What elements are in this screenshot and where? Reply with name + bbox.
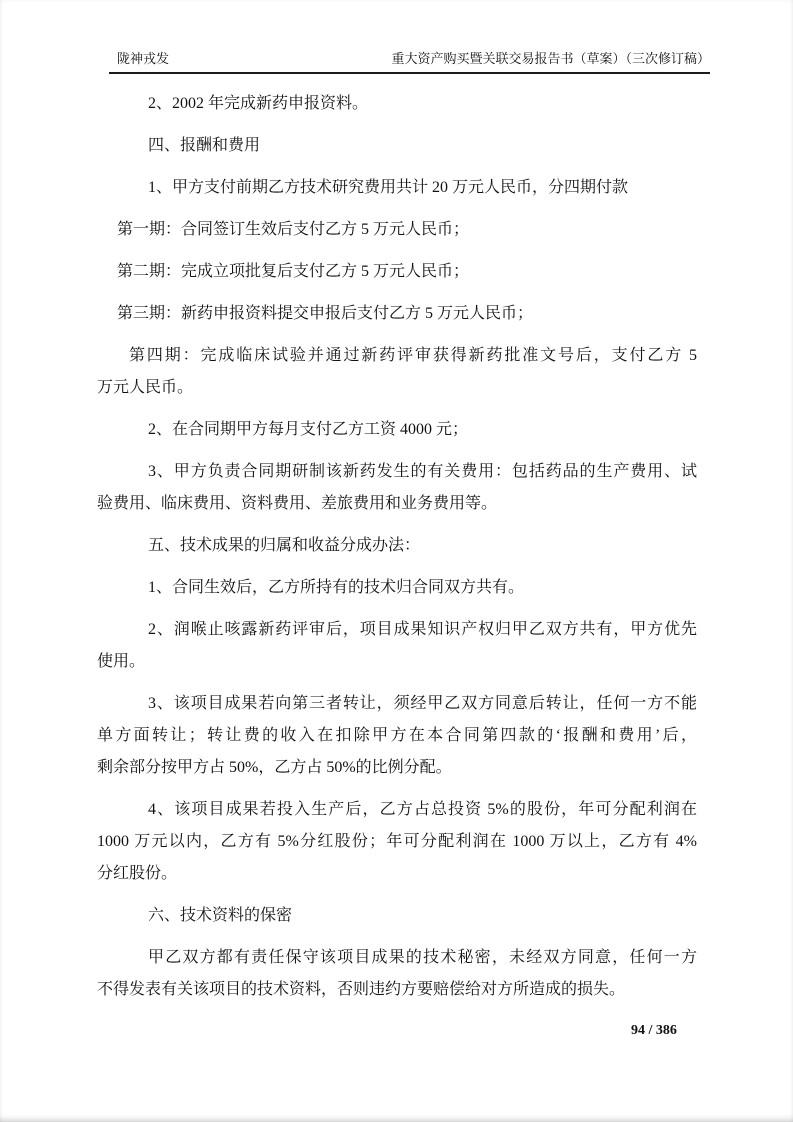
paragraph: 第一期：合同签订生效后支付乙方 5 万元人民币； [97,214,697,246]
paragraph: 3、甲方负责合同期研制该新药发生的有关费用：包括药品的生产费用、试验费用、临床费… [97,456,697,520]
text-line: 不得发表有关该项目的技术资料，否则违约方要赔偿给对方所造成的损失。 [97,974,697,1006]
text-line: 五、技术成果的归属和收益分成办法： [97,530,697,562]
text-line: 1、合同生效后，乙方所持有的技术归合同双方共有。 [97,572,697,604]
text-line: 万元人民币。 [97,372,697,404]
page-number: 94 / 386 [631,1022,677,1040]
paragraph: 4、该项目成果若投入生产后，乙方占总投资 5%的股份，年可分配利润在1000 万… [97,794,697,890]
text-line: 分红股份。 [97,858,697,890]
text-line: 单方面转让；转让费的收入在扣除甲方在本合同第四款的‘报酬和费用’后， [97,720,697,752]
paragraph: 3、该项目成果若向第三者转让，须经甲乙双方同意后转让，任何一方不能单方面转让；转… [97,688,697,784]
text-line: 第一期：合同签订生效后支付乙方 5 万元人民币； [97,214,697,246]
paragraph: 六、技术资料的保密 [97,900,697,932]
header-report-title: 重大资产购买暨关联交易报告书（草案）（三次修订稿） [391,50,710,67]
paragraph: 1、合同生效后，乙方所持有的技术归合同双方共有。 [97,572,697,604]
document-body: 2、2002 年完成新药申报资料。四、报酬和费用1、甲方支付前期乙方技术研究费用… [97,88,697,1016]
text-line: 3、甲方负责合同期研制该新药发生的有关费用：包括药品的生产费用、试 [97,456,697,488]
text-line: 验费用、临床费用、资料费用、差旅费用和业务费用等。 [97,488,697,520]
text-line: 1000 万元以内，乙方有 5%分红股份；年可分配利润在 1000 万以上，乙方… [97,826,697,858]
text-line: 2、2002 年完成新药申报资料。 [97,88,697,120]
text-line: 四、报酬和费用 [97,130,697,162]
text-line: 剩余部分按甲方占 50%，乙方占 50%的比例分配。 [97,752,697,784]
paragraph: 甲乙双方都有责任保守该项目成果的技术秘密，未经双方同意，任何一方不得发表有关该项… [97,942,697,1006]
text-line: 2、在合同期甲方每月支付乙方工资 4000 元； [97,414,697,446]
text-line: 第三期：新药申报资料提交申报后支付乙方 5 万元人民币； [97,298,697,330]
text-line: 2、润喉止咳露新药评审后，项目成果知识产权归甲乙双方共有，甲方优先 [97,614,697,646]
paragraph: 2、在合同期甲方每月支付乙方工资 4000 元； [97,414,697,446]
paragraph: 2、2002 年完成新药申报资料。 [97,88,697,120]
paragraph: 1、甲方支付前期乙方技术研究费用共计 20 万元人民币，分四期付款 [97,172,697,204]
paragraph: 五、技术成果的归属和收益分成办法： [97,530,697,562]
text-line: 第二期：完成立项批复后支付乙方 5 万元人民币； [97,256,697,288]
text-line: 六、技术资料的保密 [97,900,697,932]
text-line: 1、甲方支付前期乙方技术研究费用共计 20 万元人民币，分四期付款 [97,172,697,204]
text-line: 4、该项目成果若投入生产后，乙方占总投资 5%的股份，年可分配利润在 [97,794,697,826]
paragraph: 第三期：新药申报资料提交申报后支付乙方 5 万元人民币； [97,298,697,330]
header-company-name: 陇神戎发 [109,50,169,67]
page-header: 陇神戎发 重大资产购买暨关联交易报告书（草案）（三次修订稿） [109,50,710,74]
text-line: 第四期：完成临床试验并通过新药评审获得新药批准文号后，支付乙方 5 [97,340,697,372]
paragraph: 四、报酬和费用 [97,130,697,162]
text-line: 3、该项目成果若向第三者转让，须经甲乙双方同意后转让，任何一方不能 [97,688,697,720]
text-line: 甲乙双方都有责任保守该项目成果的技术秘密，未经双方同意，任何一方 [97,942,697,974]
paragraph: 第二期：完成立项批复后支付乙方 5 万元人民币； [97,256,697,288]
document-page: 陇神戎发 重大资产购买暨关联交易报告书（草案）（三次修订稿） 2、2002 年完… [0,0,793,1122]
paragraph: 第四期：完成临床试验并通过新药评审获得新药批准文号后，支付乙方 5万元人民币。 [97,340,697,404]
text-line: 使用。 [97,646,697,678]
paragraph: 2、润喉止咳露新药评审后，项目成果知识产权归甲乙双方共有，甲方优先使用。 [97,614,697,678]
